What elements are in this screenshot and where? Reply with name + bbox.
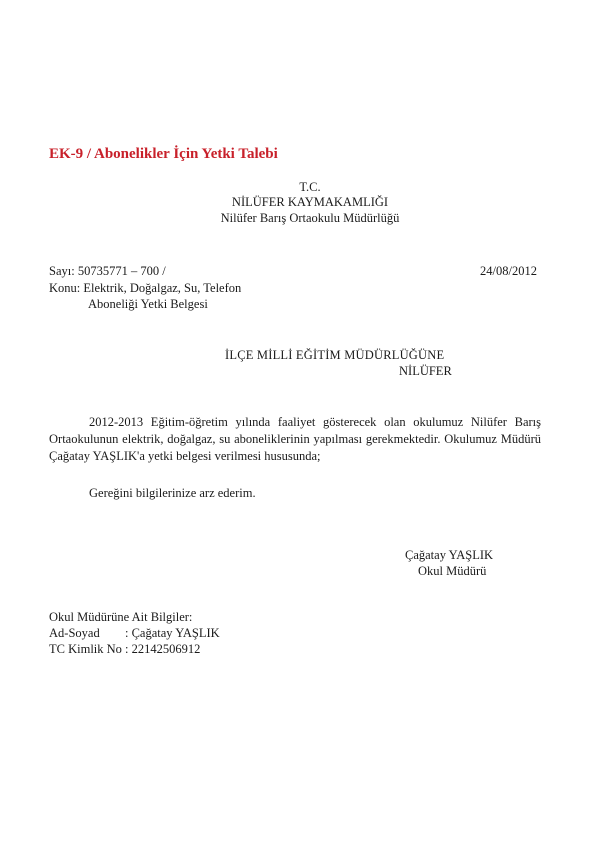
subject-line-2: Aboneliği Yetki Belgesi	[88, 297, 208, 312]
body-paragraph: 2012-2013 Eğitim-öğretim yılında faaliye…	[49, 414, 541, 465]
header-kaymakamlik: NİLÜFER KAYMAKAMLIĞI	[10, 195, 600, 210]
document-title: EK-9 / Abonelikler İçin Yetki Talebi	[49, 146, 278, 163]
document-date: 24/08/2012	[480, 264, 537, 279]
info-label: TC Kimlik No	[49, 642, 125, 657]
signature-role: Okul Müdürü	[418, 564, 486, 579]
info-row: TC Kimlik No: 22142506912	[49, 642, 200, 657]
info-value: : 22142506912	[125, 642, 200, 656]
closing-line: Gereğini bilgilerinize arz ederim.	[89, 486, 256, 501]
recipient-line-2: NİLÜFER	[399, 364, 452, 379]
header-school: Nilüfer Barış Ortaokulu Müdürlüğü	[10, 211, 600, 226]
info-row: Ad-Soyad: Çağatay YAŞLIK	[49, 626, 220, 641]
signature-name: Çağatay YAŞLIK	[405, 548, 493, 563]
header-tc: T.C.	[10, 180, 600, 195]
body-paragraph-text: 2012-2013 Eğitim-öğretim yılında faaliye…	[49, 415, 541, 463]
info-label: Ad-Soyad	[49, 626, 125, 641]
subject-line-1: Konu: Elektrik, Doğalgaz, Su, Telefon	[49, 281, 241, 296]
reference-number: Sayı: 50735771 – 700 /	[49, 264, 166, 279]
info-value: : Çağatay YAŞLIK	[125, 626, 220, 640]
recipient-line-1: İLÇE MİLLİ EĞİTİM MÜDÜRLÜĞÜNE	[225, 348, 444, 363]
info-heading: Okul Müdürüne Ait Bilgiler:	[49, 610, 192, 625]
